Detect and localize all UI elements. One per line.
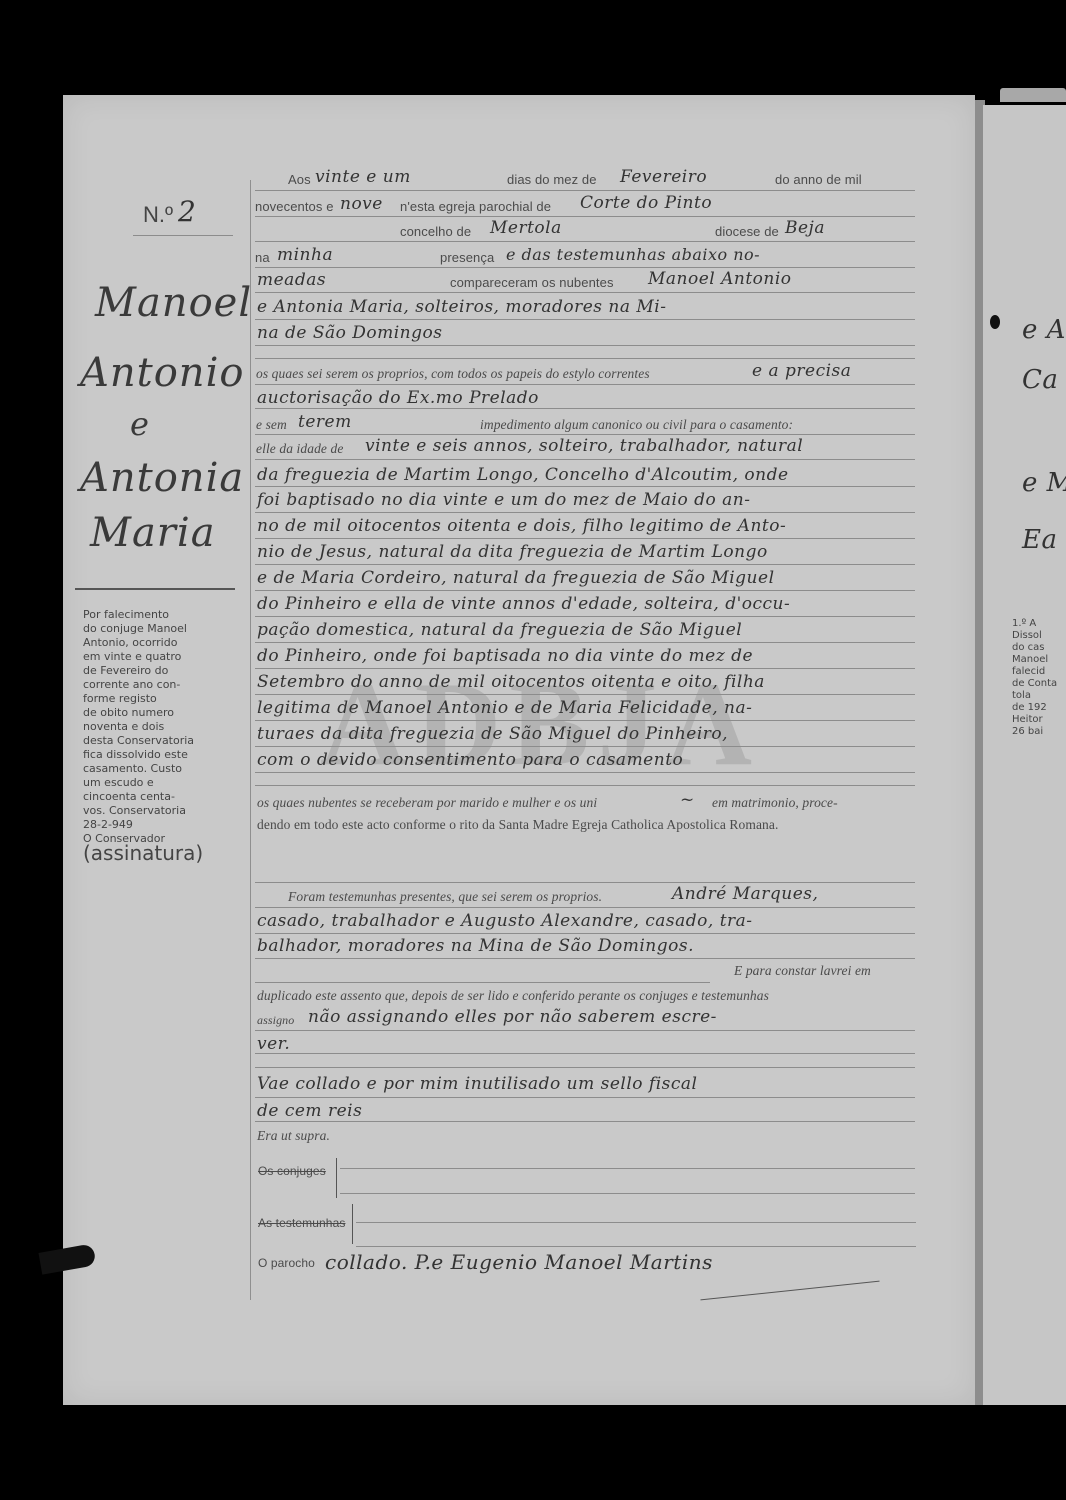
rule bbox=[255, 358, 915, 359]
annotation-line: vos. Conservatoria bbox=[83, 804, 203, 818]
margin-name-2: Antonio bbox=[80, 350, 244, 396]
handwritten-text: terem bbox=[298, 412, 352, 432]
rule bbox=[255, 538, 915, 539]
margin-name-3: e bbox=[130, 405, 150, 443]
annotation-line: forme registo bbox=[83, 692, 203, 706]
printed-text: impedimento algum canonico ou civil para… bbox=[480, 417, 793, 433]
handwritten-text: ~ bbox=[680, 790, 695, 810]
margin-rule bbox=[250, 180, 251, 1300]
rule bbox=[255, 668, 915, 669]
conjuges-label: Os conjuges bbox=[258, 1164, 326, 1178]
handwritten-text: com o devido consentimento para o casame… bbox=[257, 750, 683, 770]
testemunhas-label: As testemunhas bbox=[258, 1216, 345, 1230]
handwritten-text: balhador, moradores na Mina de São Domin… bbox=[257, 936, 694, 956]
rule bbox=[255, 1053, 915, 1054]
rule bbox=[255, 384, 915, 385]
bracket bbox=[352, 1204, 353, 1244]
annotation-line: de 192 bbox=[1012, 702, 1057, 714]
rule bbox=[255, 882, 915, 883]
handwritten-text: legitima de Manoel Antonio e de Maria Fe… bbox=[257, 698, 752, 718]
adjacent-text: e A bbox=[1022, 315, 1066, 345]
signature-line bbox=[356, 1222, 916, 1223]
printed-text: do anno de mil bbox=[775, 172, 862, 187]
record-number-label: N.º bbox=[143, 202, 173, 228]
rule bbox=[255, 1030, 915, 1031]
adjacent-page-edge bbox=[1000, 88, 1066, 102]
rule bbox=[255, 772, 915, 773]
handwritten-text: não assignando elles por não saberem esc… bbox=[308, 1007, 717, 1027]
annotation-line: do conjuge Manoel bbox=[83, 622, 203, 636]
annotation-line: Heitor bbox=[1012, 714, 1057, 726]
adjacent-text: Ca bbox=[1022, 365, 1058, 395]
rule bbox=[255, 1067, 915, 1068]
handwritten-text: e de Maria Cordeiro, natural da freguezi… bbox=[257, 568, 775, 588]
annotation-signature: (assinatura) bbox=[83, 846, 203, 860]
rule bbox=[255, 785, 915, 786]
rule bbox=[75, 588, 235, 590]
rule bbox=[255, 958, 915, 959]
handwritten-day: vinte e um bbox=[315, 167, 411, 187]
margin-name-4: Antonia bbox=[80, 455, 244, 501]
annotation-line: de Fevereiro do bbox=[83, 664, 203, 678]
handwritten-groom: Manoel Antonio bbox=[648, 269, 792, 289]
printed-text: os quaes sei serem os proprios, com todo… bbox=[256, 366, 650, 382]
annotation-line: cincoenta centa- bbox=[83, 790, 203, 804]
handwritten-text: de cem reis bbox=[257, 1101, 362, 1121]
binding-hole bbox=[990, 315, 1000, 329]
handwritten-concelho: Mertola bbox=[490, 218, 562, 238]
rule bbox=[255, 486, 915, 487]
printed-text: compareceram os nubentes bbox=[450, 275, 614, 290]
bracket bbox=[336, 1158, 337, 1198]
printed-text: dendo em todo este acto conforme o rito … bbox=[257, 817, 778, 833]
handwritten-text: do Pinheiro e ella de vinte annos d'edad… bbox=[257, 594, 790, 614]
printed-text: diocese de bbox=[715, 224, 779, 239]
handwritten-text: turaes da dita freguezia de São Miguel d… bbox=[257, 724, 728, 744]
annotation-line: falecid bbox=[1012, 666, 1057, 678]
rule bbox=[255, 746, 915, 747]
adjacent-page bbox=[983, 105, 1066, 1405]
adjacent-text: Ea bbox=[1022, 525, 1057, 555]
record-number: 2 bbox=[178, 195, 196, 228]
printed-text: em matrimonio, proce- bbox=[712, 795, 838, 811]
annotation-line: noventa e dois bbox=[83, 720, 203, 734]
handwritten-text: da freguezia de Martim Longo, Concelho d… bbox=[257, 465, 789, 485]
handwritten-year: nove bbox=[340, 194, 383, 214]
annotation-line: Antonio, ocorrido bbox=[83, 636, 203, 650]
printed-text: concelho de bbox=[400, 224, 471, 239]
handwritten-text: ver. bbox=[257, 1034, 290, 1054]
adjacent-annotation: 1.º A Dissol do cas Manoel falecid de Co… bbox=[1012, 618, 1057, 738]
annotation-line: 1.º A bbox=[1012, 618, 1057, 630]
rule bbox=[255, 319, 915, 320]
printed-text: E para constar lavrei em bbox=[734, 963, 871, 979]
annotation-line: Manoel bbox=[1012, 654, 1057, 666]
annotation-line: desta Conservatoria bbox=[83, 734, 203, 748]
annotation-line: um escudo e bbox=[83, 776, 203, 790]
rule bbox=[255, 345, 915, 346]
handwritten-text: vinte e seis annos, solteiro, trabalhado… bbox=[365, 436, 803, 456]
rule bbox=[255, 590, 915, 591]
rule bbox=[255, 720, 915, 721]
rule bbox=[255, 642, 915, 643]
handwritten-stamp-note: Vae collado e por mim inutilisado um sel… bbox=[257, 1074, 697, 1094]
handwritten-text: minha bbox=[277, 245, 333, 265]
rule bbox=[255, 694, 915, 695]
annotation-line: de obito numero bbox=[83, 706, 203, 720]
handwritten-parish: Corte do Pinto bbox=[580, 193, 712, 213]
rule bbox=[255, 982, 710, 983]
printed-text: n'esta egreja parochial de bbox=[400, 199, 551, 214]
annotation-line: Por falecimento bbox=[83, 608, 203, 622]
handwritten-text: e a precisa bbox=[752, 361, 851, 381]
handwritten-text: foi baptisado no dia vinte e um do mez d… bbox=[257, 490, 750, 510]
rule bbox=[255, 512, 915, 513]
handwritten-month: Fevereiro bbox=[620, 167, 707, 187]
annotation-line: tola bbox=[1012, 690, 1057, 702]
printed-text: Aos bbox=[288, 172, 311, 187]
annotation-line: do cas bbox=[1012, 642, 1057, 654]
rule bbox=[255, 241, 915, 242]
printed-text: Foram testemunhas presentes, que sei ser… bbox=[288, 889, 602, 905]
rule bbox=[255, 616, 915, 617]
printed-text: novecentos e bbox=[255, 199, 334, 214]
printed-text: presença bbox=[440, 250, 494, 265]
rule bbox=[255, 564, 915, 565]
rule bbox=[255, 1121, 915, 1122]
handwritten-text: casado, trabalhador e Augusto Alexandre,… bbox=[257, 911, 753, 931]
printed-text: na bbox=[255, 250, 270, 265]
rule bbox=[255, 907, 915, 908]
printed-text: duplicado este assento que, depois de se… bbox=[257, 988, 769, 1004]
handwritten-diocese: Beja bbox=[785, 218, 825, 238]
handwritten-text: auctorisação do Ex.mo Prelado bbox=[257, 388, 539, 408]
printed-text: os quaes nubentes se receberam por marid… bbox=[257, 795, 597, 811]
margin-name-1: Manoel bbox=[95, 280, 252, 326]
handwritten-text: nio de Jesus, natural da dita freguezia … bbox=[257, 542, 768, 562]
handwritten-text: no de mil oitocentos oitenta e dois, fil… bbox=[257, 516, 786, 536]
printed-text: elle da idade de bbox=[256, 441, 343, 457]
parocho-signature: collado. P.e Eugenio Manoel Martins bbox=[325, 1250, 713, 1274]
handwritten-witness: André Marques, bbox=[672, 884, 818, 904]
printed-text: assigno bbox=[257, 1013, 294, 1028]
annotation-line: corrente ano con- bbox=[83, 678, 203, 692]
handwritten-text: na de São Domingos bbox=[257, 323, 442, 343]
signature-line bbox=[356, 1246, 916, 1247]
handwritten-text: e das testemunhas abaixo no- bbox=[506, 245, 760, 264]
annotation-line: de Conta bbox=[1012, 678, 1057, 690]
handwritten-text: e Antonia Maria, solteiros, moradores na… bbox=[257, 297, 666, 317]
printed-text: dias do mez de bbox=[507, 172, 597, 187]
handwritten-text: pação domestica, natural da freguezia de… bbox=[257, 620, 742, 640]
parocho-label: O parocho bbox=[258, 1256, 315, 1270]
annotation-line: Dissol bbox=[1012, 630, 1057, 642]
printed-text: Era ut supra. bbox=[257, 1128, 330, 1144]
signature-line bbox=[340, 1168, 915, 1169]
rule bbox=[255, 190, 915, 191]
rule bbox=[255, 408, 915, 409]
rule bbox=[255, 216, 915, 217]
annotation-line: em vinte e quatro bbox=[83, 650, 203, 664]
rule bbox=[255, 434, 915, 435]
signature-line bbox=[340, 1193, 915, 1194]
rule bbox=[255, 267, 915, 268]
printed-text: e sem bbox=[256, 417, 287, 433]
handwritten-text: Setembro do anno de mil oitocentos oiten… bbox=[257, 672, 765, 692]
annotation-line: 26 bai bbox=[1012, 726, 1057, 738]
annotation-line: 28-2-949 bbox=[83, 818, 203, 832]
handwritten-text: meadas bbox=[257, 270, 326, 290]
annotation-line: casamento. Custo bbox=[83, 762, 203, 776]
adjacent-text: e M bbox=[1022, 468, 1066, 498]
margin-name-5: Maria bbox=[90, 510, 216, 556]
handwritten-text: do Pinheiro, onde foi baptisada no dia v… bbox=[257, 646, 753, 666]
rule bbox=[255, 1097, 915, 1098]
rule bbox=[255, 459, 915, 460]
rule bbox=[255, 292, 915, 293]
margin-annotation: Por falecimento do conjuge Manoel Antoni… bbox=[83, 608, 203, 860]
annotation-line: fica dissolvido este bbox=[83, 748, 203, 762]
rule bbox=[133, 235, 233, 236]
rule bbox=[255, 933, 915, 934]
